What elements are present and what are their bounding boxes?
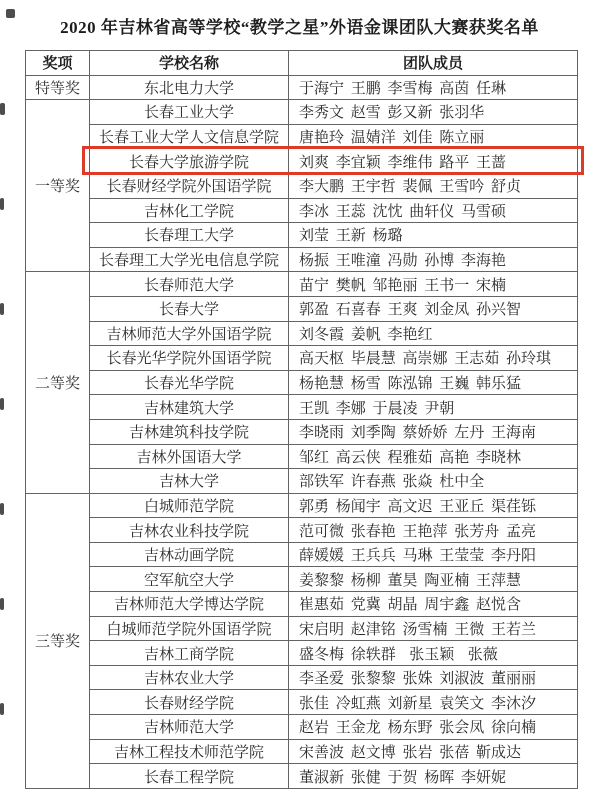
page-title: 2020 年吉林省高等学校“教学之星”外语金课团队大赛获奖名单 (0, 13, 599, 38)
school-cell: 长春光华学院 (90, 370, 289, 395)
table-row: 吉林化工学院李冰 王蕊 沈忱 曲轩仪 马雪硕 (26, 198, 578, 223)
col-header-members: 团队成员 (289, 51, 578, 76)
school-cell: 长春师范大学 (90, 272, 289, 297)
members-cell: 刘莹 王新 杨璐 (289, 223, 578, 248)
header-row: 奖项 学校名称 团队成员 (26, 51, 578, 76)
members-cell: 薛媛媛 王兵兵 马琳 王莹莹 李丹阳 (289, 542, 578, 567)
awards-table: 奖项 学校名称 团队成员 特等奖东北电力大学于海宁 王鹏 李雪梅 高茵 任琳一等… (25, 50, 578, 789)
members-cell: 苗宁 樊帆 邹艳丽 王书一 宋楠 (289, 272, 578, 297)
table-row: 吉林师范大学赵岩 王金龙 杨东野 张会凤 徐向楠 (26, 715, 578, 740)
document-page: 2020 年吉林省高等学校“教学之星”外语金课团队大赛获奖名单 奖项 学校名称 … (0, 0, 599, 806)
members-cell: 唐艳玲 温婧洋 刘佳 陈立丽 (289, 124, 578, 149)
scan-artifact (0, 398, 4, 410)
table-row: 长春大学郭盈 石喜春 王爽 刘金凤 孙兴智 (26, 296, 578, 321)
table-row: 长春光华学院外国语学院高天枢 毕晨慧 高崇娜 王志茹 孙玲琪 (26, 346, 578, 371)
members-cell: 刘冬霞 姜帆 李艳红 (289, 321, 578, 346)
table-header: 奖项 学校名称 团队成员 (26, 51, 578, 76)
members-cell: 郭勇 杨闻宇 高文迟 王亚丘 渠荏铄 (289, 493, 578, 518)
table-row: 长春工程学院董淑新 张健 于贺 杨晖 李妍妮 (26, 764, 578, 789)
table-row: 吉林动画学院薛媛媛 王兵兵 马琳 王莹莹 李丹阳 (26, 542, 578, 567)
members-cell: 刘爽 李宜颖 李维伟 路平 王蔷 (289, 149, 578, 174)
scan-artifact (0, 703, 4, 715)
table-row: 长春大学旅游学院刘爽 李宜颖 李维伟 路平 王蔷 (26, 149, 578, 174)
members-cell: 宋启明 赵津铭 汤雪楠 王微 王若兰 (289, 616, 578, 641)
school-cell: 长春工业大学 (90, 100, 289, 125)
school-cell: 吉林大学 (90, 469, 289, 494)
members-cell: 张佳 冷虹燕 刘新星 袁笑文 李沐汐 (289, 690, 578, 715)
members-cell: 王凯 李娜 于晨凌 尹朝 (289, 395, 578, 420)
school-cell: 白城师范学院外国语学院 (90, 616, 289, 641)
members-cell: 杨艳慧 杨雪 陈泓锦 王巍 韩乐猛 (289, 370, 578, 395)
table-row: 空军航空大学姜黎黎 杨柳 董昊 陶亚楠 王萍慧 (26, 567, 578, 592)
table-row: 吉林建筑科技学院李晓雨 刘季陶 蔡娇娇 左丹 王海南 (26, 419, 578, 444)
scan-artifact (0, 598, 4, 610)
school-cell: 白城师范学院 (90, 493, 289, 518)
scan-artifact (0, 503, 4, 515)
members-cell: 李秀文 赵雪 彭又新 张羽华 (289, 100, 578, 125)
members-cell: 郭盈 石喜春 王爽 刘金凤 孙兴智 (289, 296, 578, 321)
scan-artifact (6, 9, 15, 18)
members-cell: 李冰 王蕊 沈忱 曲轩仪 马雪硕 (289, 198, 578, 223)
members-cell: 李圣爱 张黎黎 张姝 刘淑波 董丽丽 (289, 665, 578, 690)
members-cell: 李大鹏 王宇哲 裴佩 王雪吟 舒贞 (289, 173, 578, 198)
table-row: 吉林外国语大学邹红 高云侠 程雅茹 高艳 李晓林 (26, 444, 578, 469)
table-row: 特等奖东北电力大学于海宁 王鹏 李雪梅 高茵 任琳 (26, 75, 578, 100)
school-cell: 长春工业大学人文信息学院 (90, 124, 289, 149)
table-row: 长春财经学院外国语学院李大鹏 王宇哲 裴佩 王雪吟 舒贞 (26, 173, 578, 198)
table-row: 吉林大学部铁军 许春燕 张焱 杜中全 (26, 469, 578, 494)
award-cell: 二等奖 (26, 272, 90, 493)
table-row: 三等奖白城师范学院郭勇 杨闻宇 高文迟 王亚丘 渠荏铄 (26, 493, 578, 518)
school-cell: 吉林工程技术师范学院 (90, 739, 289, 764)
school-cell: 吉林建筑大学 (90, 395, 289, 420)
table-row: 一等奖长春工业大学李秀文 赵雪 彭又新 张羽华 (26, 100, 578, 125)
school-cell: 吉林师范大学博达学院 (90, 592, 289, 617)
school-cell: 吉林外国语大学 (90, 444, 289, 469)
members-cell: 宋善波 赵文博 张岩 张蓓 靳成达 (289, 739, 578, 764)
table-body: 特等奖东北电力大学于海宁 王鹏 李雪梅 高茵 任琳一等奖长春工业大学李秀文 赵雪… (26, 75, 578, 788)
school-cell: 长春理工大学光电信息学院 (90, 247, 289, 272)
table-row: 二等奖长春师范大学苗宁 樊帆 邹艳丽 王书一 宋楠 (26, 272, 578, 297)
school-cell: 长春理工大学 (90, 223, 289, 248)
members-cell: 董淑新 张健 于贺 杨晖 李妍妮 (289, 764, 578, 789)
members-cell: 范可微 张春艳 王艳萍 张芳舟 孟亮 (289, 518, 578, 543)
school-cell: 长春光华学院外国语学院 (90, 346, 289, 371)
school-cell: 空军航空大学 (90, 567, 289, 592)
award-cell: 特等奖 (26, 75, 90, 100)
members-cell: 崔惠茹 党冀 胡晶 周宇鑫 赵悦含 (289, 592, 578, 617)
table-row: 吉林师范大学博达学院崔惠茹 党冀 胡晶 周宇鑫 赵悦含 (26, 592, 578, 617)
col-header-award: 奖项 (26, 51, 90, 76)
members-cell: 邹红 高云侠 程雅茹 高艳 李晓林 (289, 444, 578, 469)
school-cell: 长春财经学院 (90, 690, 289, 715)
members-cell: 姜黎黎 杨柳 董昊 陶亚楠 王萍慧 (289, 567, 578, 592)
table-row: 吉林农业大学李圣爱 张黎黎 张姝 刘淑波 董丽丽 (26, 665, 578, 690)
school-cell: 长春大学旅游学院 (90, 149, 289, 174)
award-cell: 一等奖 (26, 100, 90, 272)
table-row: 吉林工商学院盛冬梅 徐轶群 张玉颖 张薇 (26, 641, 578, 666)
members-cell: 盛冬梅 徐轶群 张玉颖 张薇 (289, 641, 578, 666)
table-row: 吉林工程技术师范学院宋善波 赵文博 张岩 张蓓 靳成达 (26, 739, 578, 764)
school-cell: 长春工程学院 (90, 764, 289, 789)
school-cell: 长春财经学院外国语学院 (90, 173, 289, 198)
members-cell: 部铁军 许春燕 张焱 杜中全 (289, 469, 578, 494)
table-row: 吉林建筑大学王凯 李娜 于晨凌 尹朝 (26, 395, 578, 420)
school-cell: 吉林农业大学 (90, 665, 289, 690)
table-row: 吉林师范大学外国语学院刘冬霞 姜帆 李艳红 (26, 321, 578, 346)
table-row: 长春工业大学人文信息学院唐艳玲 温婧洋 刘佳 陈立丽 (26, 124, 578, 149)
scan-artifact (0, 103, 5, 115)
school-cell: 长春大学 (90, 296, 289, 321)
members-cell: 赵岩 王金龙 杨东野 张会凤 徐向楠 (289, 715, 578, 740)
school-cell: 吉林动画学院 (90, 542, 289, 567)
school-cell: 吉林化工学院 (90, 198, 289, 223)
scan-artifact (0, 303, 4, 315)
members-cell: 高天枢 毕晨慧 高崇娜 王志茹 孙玲琪 (289, 346, 578, 371)
members-cell: 于海宁 王鹏 李雪梅 高茵 任琳 (289, 75, 578, 100)
school-cell: 吉林师范大学 (90, 715, 289, 740)
table-row: 白城师范学院外国语学院宋启明 赵津铭 汤雪楠 王微 王若兰 (26, 616, 578, 641)
school-cell: 吉林工商学院 (90, 641, 289, 666)
school-cell: 吉林建筑科技学院 (90, 419, 289, 444)
members-cell: 杨振 王唯潼 冯勋 孙博 李海艳 (289, 247, 578, 272)
school-cell: 吉林农业科技学院 (90, 518, 289, 543)
table-row: 长春理工大学光电信息学院杨振 王唯潼 冯勋 孙博 李海艳 (26, 247, 578, 272)
members-cell: 李晓雨 刘季陶 蔡娇娇 左丹 王海南 (289, 419, 578, 444)
scan-artifact (0, 198, 4, 210)
school-cell: 东北电力大学 (90, 75, 289, 100)
table-row: 吉林农业科技学院范可微 张春艳 王艳萍 张芳舟 孟亮 (26, 518, 578, 543)
table-row: 长春光华学院杨艳慧 杨雪 陈泓锦 王巍 韩乐猛 (26, 370, 578, 395)
table-row: 长春理工大学刘莹 王新 杨璐 (26, 223, 578, 248)
school-cell: 吉林师范大学外国语学院 (90, 321, 289, 346)
award-cell: 三等奖 (26, 493, 90, 788)
col-header-school: 学校名称 (90, 51, 289, 76)
table-row: 长春财经学院张佳 冷虹燕 刘新星 袁笑文 李沐汐 (26, 690, 578, 715)
